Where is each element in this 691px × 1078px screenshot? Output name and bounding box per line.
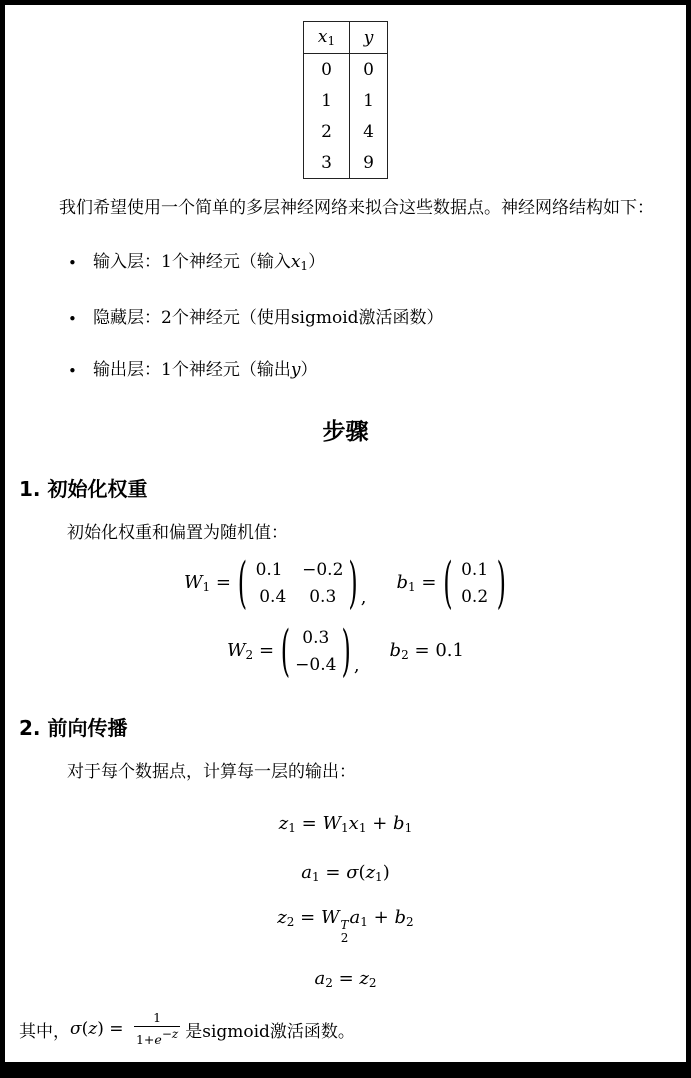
- equation-a2: a2=z2: [19, 968, 672, 990]
- comma: ,: [361, 587, 367, 608]
- bullet-text: 输入层：1个神经元（输入x1）: [93, 252, 325, 272]
- w1-matrix-body: 0.1−0.20.40.3: [247, 556, 348, 610]
- sigmoid-note-suffix: 是sigmoid激活函数。: [185, 1017, 355, 1042]
- right-paren-icon: ): [341, 623, 350, 678]
- right-paren-icon: ): [497, 555, 506, 610]
- sigmoid-note: 其中， σ(z)= 1 1+e−z 是sigmoid激活函数。: [19, 1010, 672, 1049]
- table-cell: 2: [304, 116, 350, 147]
- bullet-icon: •: [68, 252, 77, 274]
- equation-z2: z2=WT2a1+b2: [19, 907, 672, 944]
- table-header-row: x1 y: [304, 22, 388, 54]
- table-row: 1 1: [304, 85, 388, 116]
- w2-lhs: W2=: [227, 640, 280, 662]
- left-paren-icon: (: [238, 555, 247, 610]
- w1-matrix: ( 0.1−0.20.40.3 ): [238, 556, 358, 610]
- comma: ,: [354, 655, 360, 676]
- equation-w1-b1: W1= ( 0.1−0.20.40.3 ) , b1= ( 0.10.2 ): [19, 556, 672, 610]
- table-cell: 1: [304, 85, 350, 116]
- w1-lhs: W1=: [184, 572, 237, 594]
- equation-z1: z1=W1x1+b1: [19, 813, 672, 835]
- bullet-icon: •: [68, 360, 77, 382]
- steps-heading: 步骤: [19, 413, 672, 446]
- framed-page: { "icons": { "bullet": "•", "lparen": "(…: [0, 0, 691, 1078]
- bullet-item-output-layer: • 输出层：1个神经元（输出y）: [93, 359, 672, 381]
- table-row: 3 9: [304, 147, 388, 179]
- bullet-text: 输出层：1个神经元（输出y）: [93, 360, 317, 380]
- data-table-wrap: x1 y 0 0 1 1 2 4 3 9: [19, 21, 672, 179]
- b1-lhs: b1=: [397, 572, 443, 594]
- bullet-icon: •: [68, 308, 77, 330]
- section-2-title: 2. 前向传播: [19, 712, 672, 741]
- equation-w2-b2: W2= ( 0.3−0.4 ) , b2=0.1: [19, 624, 672, 678]
- table-row: 0 0: [304, 54, 388, 86]
- sigmoid-fraction: 1 1+e−z: [134, 1010, 180, 1049]
- section-1-lead: 初始化权重和偏置为随机值：: [19, 522, 672, 544]
- w2-matrix-body: 0.3−0.4: [290, 624, 341, 678]
- right-paren-icon: ): [348, 555, 357, 610]
- bullet-item-input-layer: • 输入层：1个神经元（输入x1）: [93, 251, 672, 277]
- b1-matrix-body: 0.10.2: [453, 556, 497, 610]
- w2-matrix: ( 0.3−0.4 ): [281, 624, 351, 678]
- document-page: x1 y 0 0 1 1 2 4 3 9: [5, 5, 686, 1049]
- sigma-lhs: σ(z)=: [70, 1019, 129, 1039]
- bullet-text: 隐藏层：2个神经元（使用sigmoid激活函数）: [93, 308, 444, 328]
- header-cell-y: y: [350, 22, 388, 54]
- fraction-denominator: 1+e−z: [134, 1026, 180, 1048]
- fraction-numerator: 1: [134, 1010, 180, 1026]
- table-cell: 9: [350, 147, 388, 179]
- data-table: x1 y 0 0 1 1 2 4 3 9: [303, 21, 388, 179]
- table-cell: 0: [304, 54, 350, 86]
- section-2-lead: 对于每个数据点，计算每一层的输出：: [19, 761, 672, 783]
- b1-matrix: ( 0.10.2 ): [443, 556, 506, 610]
- sigmoid-note-prefix: 其中，: [19, 1017, 70, 1042]
- left-paren-icon: (: [443, 555, 452, 610]
- bullet-item-hidden-layer: • 隐藏层：2个神经元（使用sigmoid激活函数）: [93, 307, 672, 329]
- bullet-list: • 输入层：1个神经元（输入x1） • 隐藏层：2个神经元（使用sigmoid激…: [19, 251, 672, 381]
- table-cell: 1: [350, 85, 388, 116]
- b2-equation: b2=0.1: [390, 640, 464, 662]
- table-cell: 0: [350, 54, 388, 86]
- table-row: 2 4: [304, 116, 388, 147]
- table-cell: 4: [350, 116, 388, 147]
- intro-paragraph: 我们希望使用一个简单的多层神经网络来拟合这些数据点。神经网络结构如下：: [19, 192, 672, 225]
- table-cell: 3: [304, 147, 350, 179]
- equation-a1: a1=σ(z1): [19, 862, 672, 884]
- header-cell-x1: x1: [304, 22, 350, 54]
- section-1-title: 1. 初始化权重: [19, 473, 672, 502]
- left-paren-icon: (: [281, 623, 290, 678]
